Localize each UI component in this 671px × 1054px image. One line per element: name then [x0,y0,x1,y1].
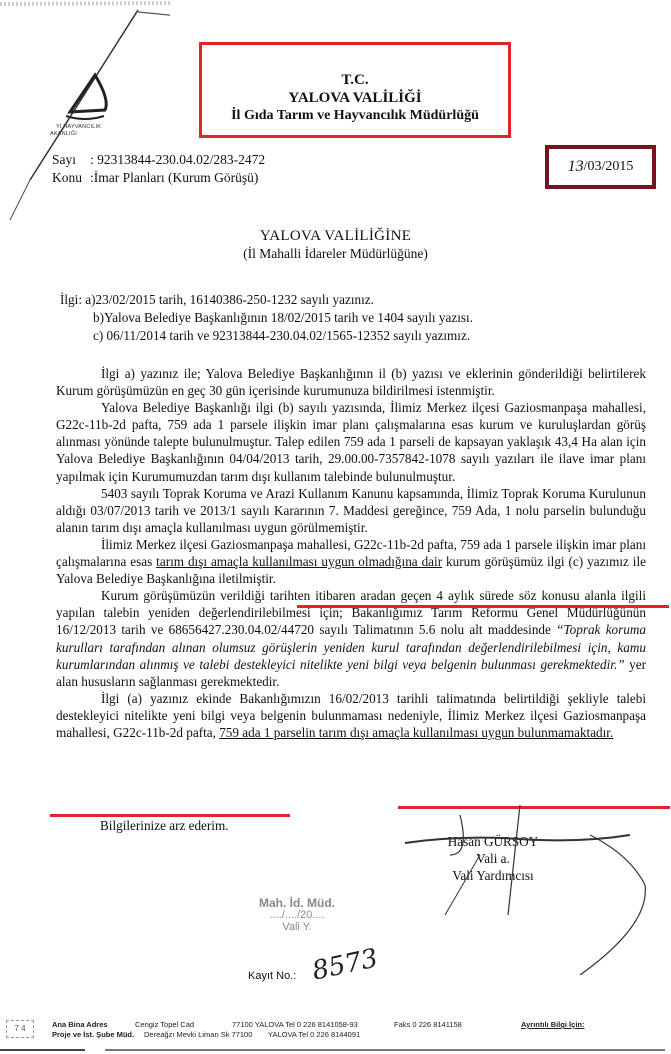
highlighted-phrase: tarım dışı amaçla kullanılması uygun olm… [156,554,442,569]
red-underline-marker [50,814,290,817]
logo-caption: AKANLIĞI [50,131,77,137]
red-underline-marker [297,605,669,608]
footer-fax: Faks 0 226 8141158 [394,1020,462,1029]
paragraph-2: Yalova Belediye Başkanlığı ilgi (b) sayı… [56,399,646,484]
ilgi-item: c) 06/11/2014 tarih ve 92313844-230.04.0… [93,328,470,344]
addressee-subtitle: (İl Mahalli İdareler Müdürlüğüne) [0,246,671,262]
footer: 7 4 Ana Bina Adres Cengiz Topel Cad 7710… [0,1013,671,1054]
paragraph-1: İlgi a) yazınız ile; Yalova Belediye Baş… [56,365,646,399]
footer-divider [0,1049,85,1051]
konu-row: Konu:İmar Planları (Kurum Görüşü) [52,170,258,186]
kayit-handwritten-number: 8573 [310,943,381,986]
paragraph-4: İlimiz Merkez ilçesi Gaziosmanpaşa mahal… [56,536,646,587]
logo-caption: Yİ HAYVANCILIK [56,124,101,130]
konu-value: :İmar Planları (Kurum Görüşü) [90,170,258,185]
letter-body: İlgi a) yazınız ile; Yalova Belediye Baş… [56,365,646,741]
paragraph-6: İlgi (a) yazınız ekinde Bakanlığımızın 1… [56,690,646,741]
highlighted-conclusion: 759 ada 1 parselin tarım dışı amaçla kul… [219,725,613,740]
addressee-title: YALOVA VALİLİĞİNE [0,228,671,245]
letterhead-box: T.C. YALOVA VALİLİĞİ İl Gıda Tarım ve Ha… [199,42,511,138]
footer-street: Dereağzı Mevki Liman Sk 77100 [144,1030,252,1039]
date-printed: /03/2015 [584,159,634,175]
footer-city-tel: YALOVA Tel 0 226 8144091 [268,1030,360,1039]
sayi-value: : 92313844-230.04.02/283-2472 [90,152,265,167]
date-box: 13/03/2015 [545,145,656,189]
footer-label: Proje ve İst. Şube Müd. [52,1030,134,1039]
closing-line: Bilgilerinize arz ederim. [100,818,229,834]
ilgi-item: a)23/02/2015 tarih, 16140386-250-1232 sa… [85,292,374,307]
footer-label: Ana Bina Adres [52,1020,108,1029]
ilgi-item: b)Yalova Belediye Başkanlığının 18/02/20… [93,310,473,326]
paragraph-5: Kurum görüşümüzün verildiği tarihten iti… [56,587,646,690]
letterhead-line-3: İl Gıda Tarım ve Hayvancılık Müdürlüğü [202,107,508,125]
date-handwritten-day: 13 [568,158,584,176]
ilgi-label: İlgi: [60,292,82,307]
sayi-label: Sayı [52,152,90,168]
footer-divider [105,1049,665,1051]
page-marker: 7 4 [6,1020,34,1038]
konu-label: Konu [52,170,90,186]
letterhead-line-2: YALOVA VALİLİĞİ [202,89,508,107]
receipt-stamp: Mah. İd. Müd. ..../..../20.... Vali Y. [242,897,352,933]
handwritten-signature-icon [400,795,660,975]
stamp-line-1: Mah. İd. Müd. [242,897,352,909]
letterhead-line-1: T.C. [202,72,508,89]
footer-info: Ayrıntılı Bilgi İçin: [521,1020,584,1029]
stamp-line-3: Vali Y. [242,921,352,933]
ilgi-a: İlgi: a)23/02/2015 tarih, 16140386-250-1… [60,292,374,308]
stamp-line-2: ..../..../20.... [242,909,352,921]
kayit-label: Kayıt No.: [248,970,296,982]
footer-street: Cengiz Topel Cad [135,1020,194,1029]
sayi-row: Sayı: 92313844-230.04.02/283-2472 [52,152,265,168]
paragraph-3: 5403 sayılı Toprak Koruma ve Arazi Kulla… [56,485,646,536]
footer-city-tel: 77100 YALOVA Tel 0 226 8141058-93 [232,1020,358,1029]
